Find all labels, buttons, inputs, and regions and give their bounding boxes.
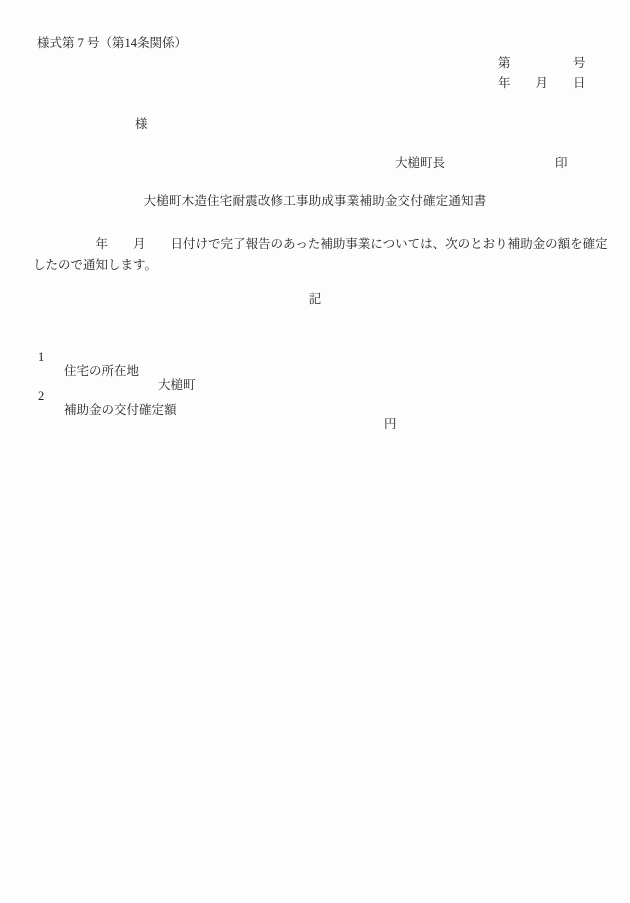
form-number: 様式第 7 号（第14条関係） (37, 36, 187, 50)
item-label: 補助金の交付確定額 (64, 403, 177, 417)
body-paragraph-line-2: したので通知します。 (33, 258, 157, 272)
document-number-line: 第 号 (498, 56, 586, 70)
list-item-subsidy-amount: 2 補助金の交付確定額 円 (0, 375, 630, 391)
item-value: 円 (384, 417, 397, 431)
list-separator-ki: 記 (0, 292, 630, 306)
item-number: 1 (38, 350, 44, 364)
addressee-honorific: 様 (135, 117, 148, 131)
list-item-residence: 1 住宅の所在地 大槌町 (0, 336, 630, 352)
document-title: 大槌町木造住宅耐震改修工事助成事業補助金交付確定通知書 (0, 194, 630, 208)
item-number: 2 (38, 389, 44, 403)
seal-placeholder: 印 (555, 156, 568, 170)
document-date-line: 年 月 日 (498, 76, 586, 90)
mayor-title: 大槌町長 (395, 156, 445, 170)
body-paragraph-line-1: 年 月 日付けで完了報告のあった補助事業については、次のとおり補助金の額を確定 (33, 237, 608, 251)
document-page: 様式第 7 号（第14条関係） 第 号 年 月 日 様 大槌町長 印 大槌町木造… (0, 0, 630, 903)
